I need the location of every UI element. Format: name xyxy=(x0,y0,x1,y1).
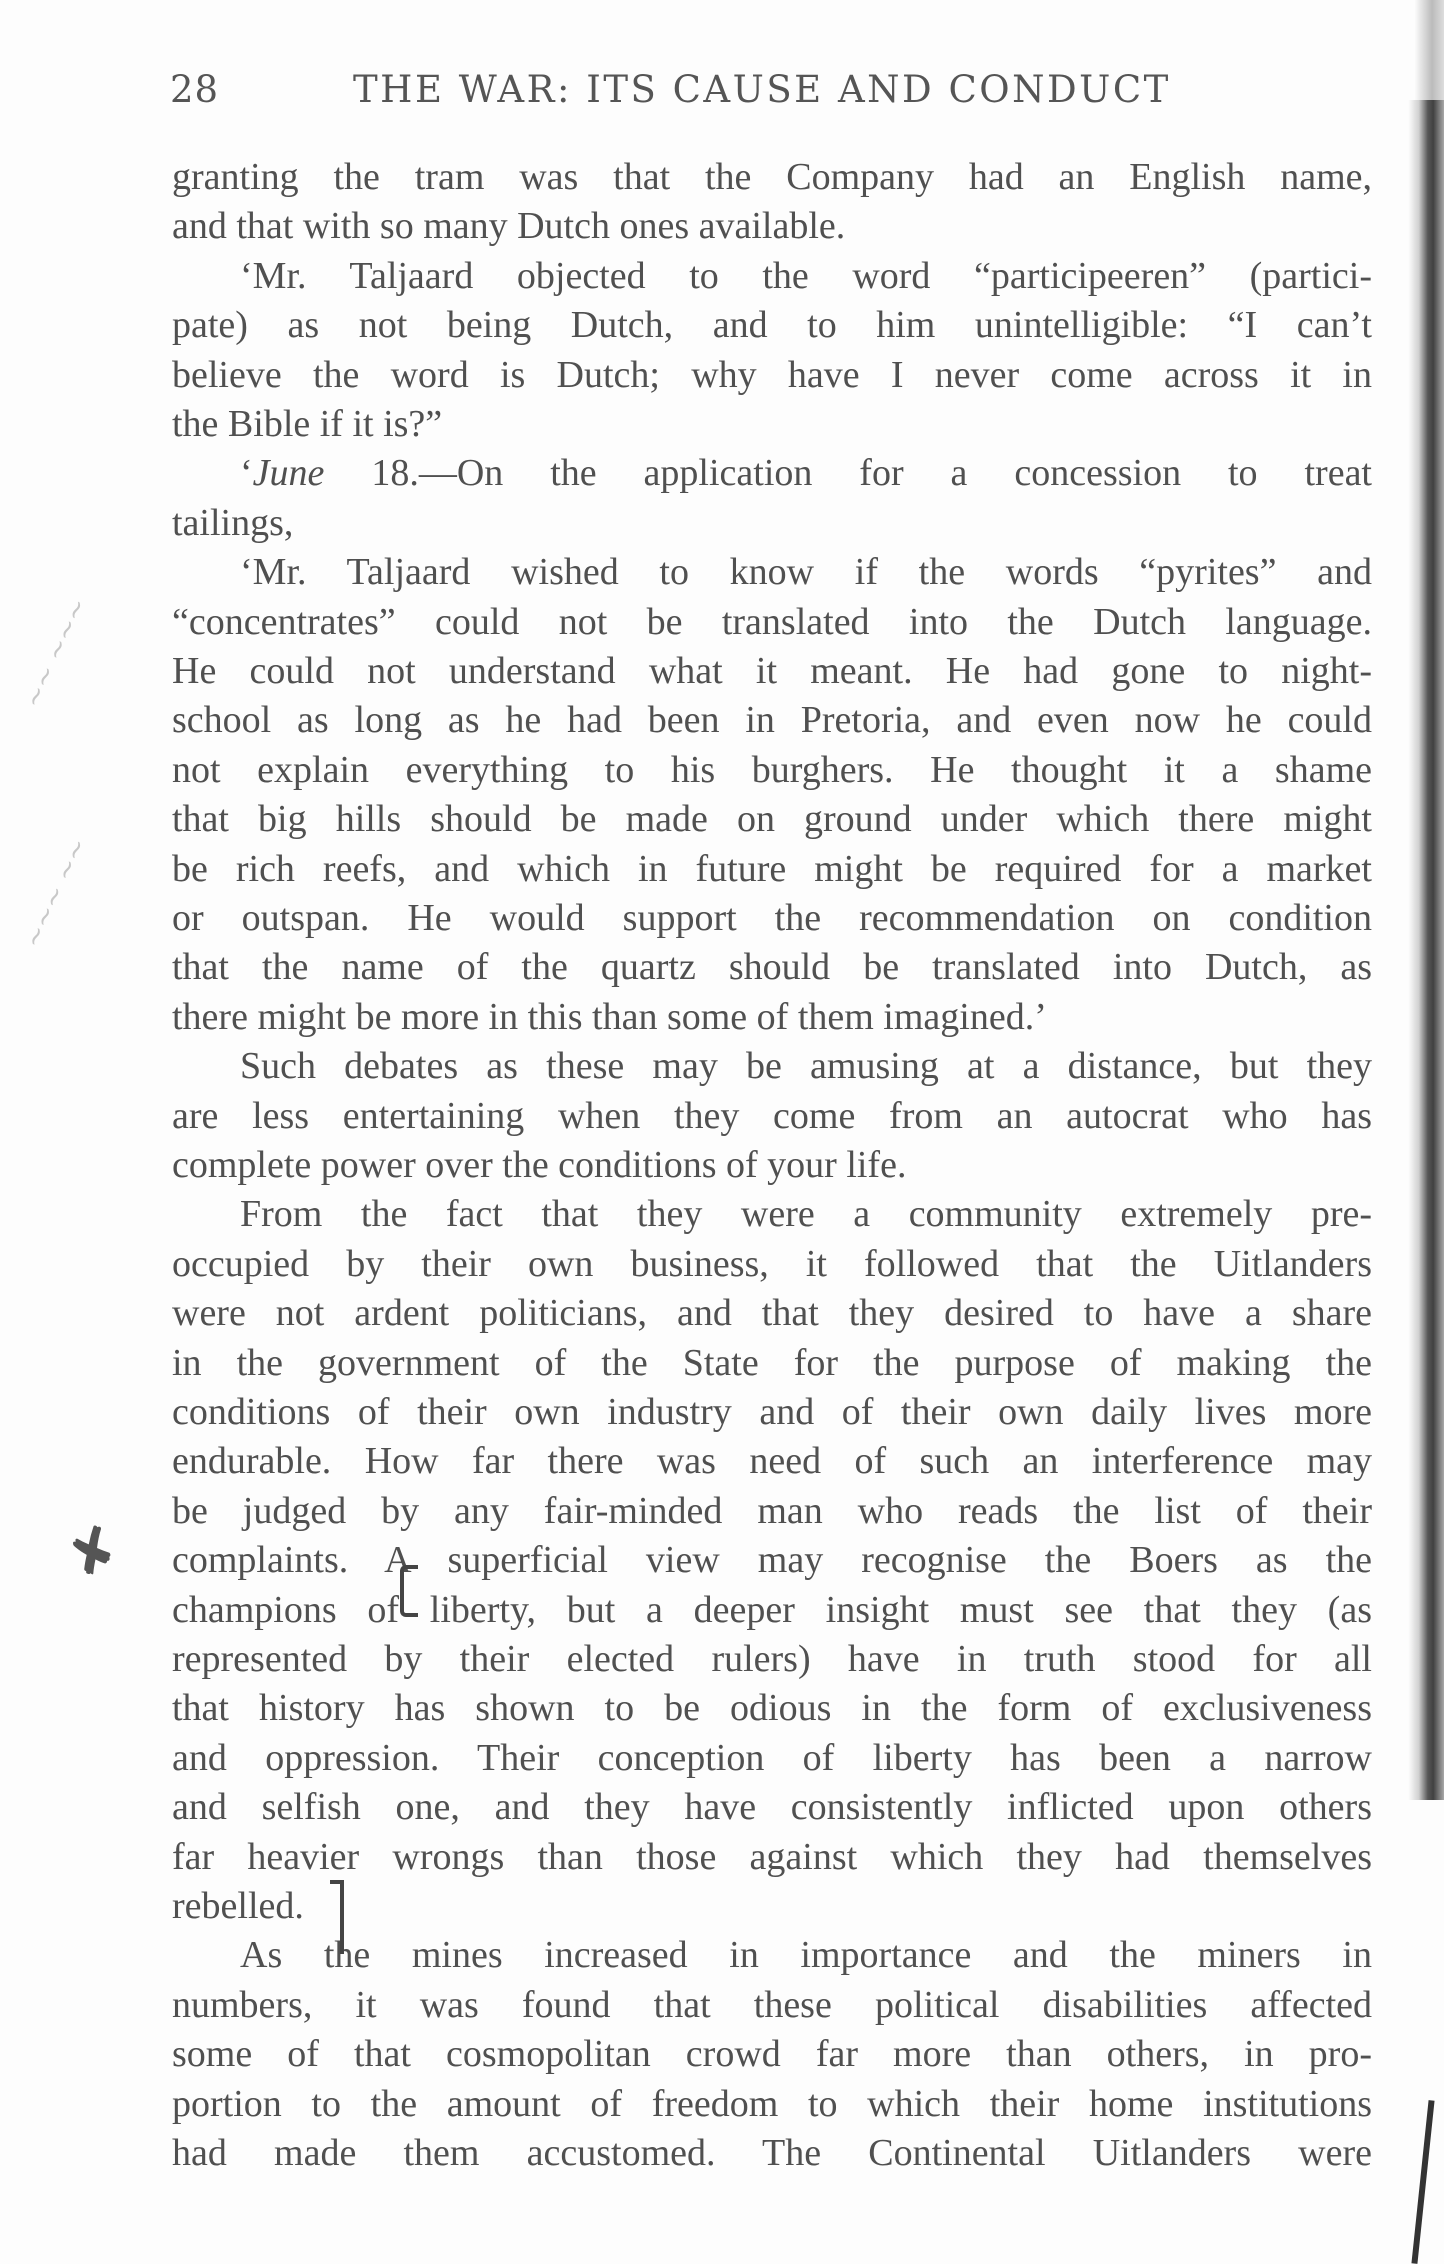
text-line: numbers, it was found that these politic… xyxy=(172,1983,1372,2027)
text-line: complete power over the conditions of yo… xyxy=(172,1143,1372,1187)
text-line: that history has shown to be odious in t… xyxy=(172,1686,1372,1730)
text-line: and that with so many Dutch ones availab… xyxy=(172,204,1372,248)
text-line: and oppression. Their conception of libe… xyxy=(172,1736,1372,1780)
close-bracket-mark xyxy=(330,1880,344,1954)
text-line: “concentrates” could not be translated i… xyxy=(172,600,1372,644)
text-line: be judged by any fair-minded man who rea… xyxy=(172,1489,1372,1533)
text-line: there might be more in this than some of… xyxy=(172,995,1372,1039)
text-line: ‘June 18.—On the application for a conce… xyxy=(240,451,1372,495)
text-line: ‘Mr. Taljaard objected to the word “part… xyxy=(240,254,1372,298)
binding-shadow-top xyxy=(1414,0,1444,100)
running-title: THE WAR: ITS CAUSE AND CONDUCT xyxy=(353,68,1171,111)
text-line: tailings, xyxy=(172,501,1372,545)
running-head: 28 THE WAR: ITS CAUSE AND CONDUCT xyxy=(170,68,1200,112)
text-line: ‘Mr. Taljaard wished to know if the word… xyxy=(240,550,1372,594)
text-line: and selfish one, and they have consisten… xyxy=(172,1785,1372,1829)
text-line: portion to the amount of freedom to whic… xyxy=(172,2082,1372,2126)
italic-date: June xyxy=(253,452,325,494)
text-line: had made them accustomed. The Continenta… xyxy=(172,2131,1372,2175)
text-line: the Bible if it is?” xyxy=(172,402,1372,446)
text-line: champions of liberty, but a deeper insig… xyxy=(172,1588,1372,1632)
text-line: in the government of the State for the p… xyxy=(172,1341,1372,1385)
text-line: As the mines increased in importance and… xyxy=(240,1933,1372,1977)
text-line: are less entertaining when they come fro… xyxy=(172,1094,1372,1138)
text-line: some of that cosmopolitan crowd far more… xyxy=(172,2032,1372,2076)
text-line: pate) as not being Dutch, and to him uni… xyxy=(172,303,1372,347)
pencil-note: ~~ ~~~ xyxy=(18,594,95,713)
open-bracket-mark xyxy=(400,1565,418,1617)
text-line: Such debates as these may be amusing at … xyxy=(240,1044,1372,1088)
text-line: school as long as he had been in Pretori… xyxy=(172,698,1372,742)
text-line: conditions of their own industry and of … xyxy=(172,1390,1372,1434)
binding-edge xyxy=(1411,2100,1434,2264)
text-line: complaints. A superficial view may recog… xyxy=(172,1538,1372,1582)
text-line: represented by their elected rulers) hav… xyxy=(172,1637,1372,1681)
text-line: He could not understand what it meant. H… xyxy=(172,649,1372,693)
binding-shadow xyxy=(1408,100,1444,1800)
book-page: 28 THE WAR: ITS CAUSE AND CONDUCT granti… xyxy=(0,0,1444,2264)
page-number: 28 xyxy=(170,68,219,111)
text-line: be rich reefs, and which in future might… xyxy=(172,847,1372,891)
margin-mark: ✘ xyxy=(57,1513,130,1593)
text-line: rebelled. xyxy=(172,1884,1372,1928)
text-line: were not ardent politicians, and that th… xyxy=(172,1291,1372,1335)
text-line: or outspan. He would support the recomme… xyxy=(172,896,1372,940)
text-line: endurable. How far there was need of suc… xyxy=(172,1439,1372,1483)
text-line: From the fact that they were a community… xyxy=(240,1192,1372,1236)
text-line: not explain everything to his burghers. … xyxy=(172,748,1372,792)
text-line: believe the word is Dutch; why have I ne… xyxy=(172,353,1372,397)
pencil-note: ~~~ ~~ xyxy=(18,834,95,953)
text-line: granting the tram was that the Company h… xyxy=(172,155,1372,199)
text-line: far heavier wrongs than those against wh… xyxy=(172,1835,1372,1879)
text-line: that the name of the quartz should be tr… xyxy=(172,945,1372,989)
text-line: occupied by their own business, it follo… xyxy=(172,1242,1372,1286)
text-line: that big hills should be made on ground … xyxy=(172,797,1372,841)
